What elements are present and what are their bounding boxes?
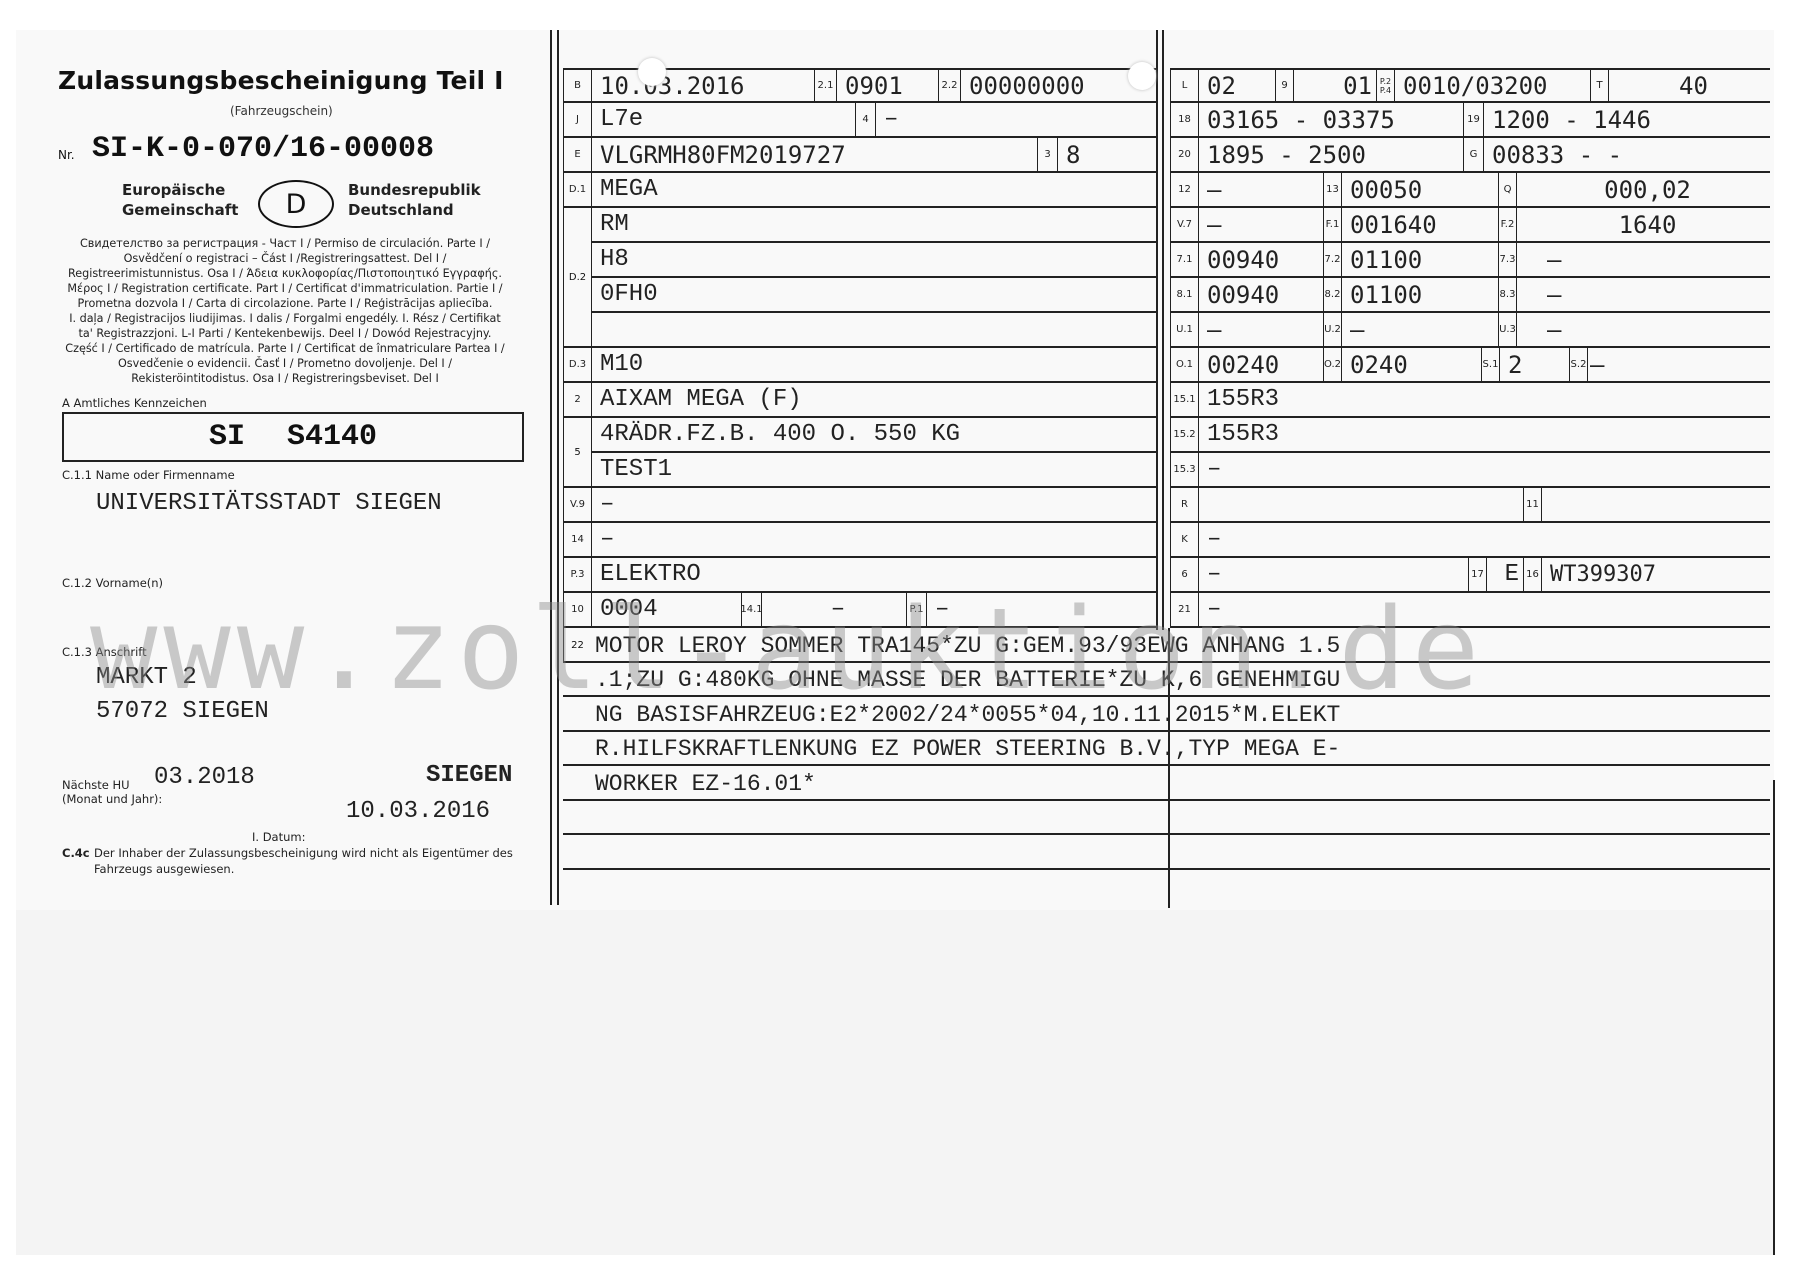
address-city: 57072 SIEGEN xyxy=(96,698,269,725)
field-code: 21 xyxy=(1170,593,1198,626)
remarks-line xyxy=(563,835,1770,870)
field-code: S.1 xyxy=(1481,348,1499,381)
document-title: Zulassungsbescheinigung Teil I xyxy=(58,66,504,95)
row-8: 8.1 00940 8.2 01100 8.3 – xyxy=(1170,278,1770,313)
field-code: D.3 xyxy=(563,348,591,381)
field-code: 14 xyxy=(563,523,591,556)
row-10: 10 0004 14.1 – P.1 – xyxy=(563,593,1158,628)
row-6: 6 – 17 E 16 WT399307 xyxy=(1170,558,1770,593)
ownership-note: Der Inhaber der Zulassungsbescheinigung … xyxy=(94,846,513,860)
address-label: C.1.3 Anschrift xyxy=(62,645,147,659)
row-18: 18 03165 - 03375 19 1200 - 1446 xyxy=(1170,103,1770,138)
version-extra xyxy=(591,313,1158,346)
divider-left-2 xyxy=(557,30,559,905)
plate-number: S4140 xyxy=(287,420,377,454)
holder-name-label: C.1.1 Name oder Firmenname xyxy=(62,468,235,482)
row-u: U.1 – U.2 – U.3 – xyxy=(1170,313,1770,348)
issue-place: SIEGEN xyxy=(426,762,512,789)
language-line: Свидетелство за регистрация - Част I / P… xyxy=(50,236,520,251)
field-code: P.3 xyxy=(563,558,591,591)
driven-axles: 01 xyxy=(1293,70,1376,101)
row-v9: V.9 – xyxy=(563,488,1158,523)
address-street: MARKT 2 xyxy=(96,664,197,691)
field-code: J xyxy=(563,103,591,136)
field-code: 22 xyxy=(563,628,591,663)
row-12: 12 – 13 00050 Q 000,02 xyxy=(1170,173,1770,208)
row-d2-4 xyxy=(591,313,1158,348)
noise-stationary: – xyxy=(1198,313,1323,346)
field-code: R xyxy=(1170,488,1198,521)
remarks-line: WORKER EZ-16.01* xyxy=(563,766,1770,801)
row-p3: P.3 ELEKTRO xyxy=(563,558,1158,593)
country-code: D xyxy=(286,189,307,220)
document-number: WT399307 xyxy=(1541,558,1770,591)
field-code: 10 xyxy=(563,593,591,626)
license-plate: SI S4140 xyxy=(64,420,522,454)
field-code: 15.2 xyxy=(1170,418,1198,451)
row-d2-3: 0FH0 xyxy=(591,278,1158,313)
divider-left xyxy=(550,30,552,905)
next-inspection-label: Nächste HU xyxy=(62,778,130,792)
c4c-code: C.4c xyxy=(62,846,90,860)
row-v7: V.7 – F.1 001640 F.2 1640 xyxy=(1170,208,1770,243)
other-notes: – xyxy=(1198,593,1770,626)
language-line: Registreerimistunnistus. Osa I / Άδεια κ… xyxy=(50,266,520,281)
field-code: 14.1 xyxy=(741,593,761,626)
field-code: S.2 xyxy=(1569,348,1587,381)
left-panel: Zulassungsbescheinigung Teil I (Fahrzeug… xyxy=(30,40,530,880)
field-code: U.3 xyxy=(1498,313,1516,346)
field-code: K xyxy=(1170,523,1198,556)
length: 03165 - 03375 xyxy=(1198,103,1463,136)
field-code: 13 xyxy=(1323,173,1341,206)
middle-table: B 10.03.2016 2.1 0901 2.2 00000000 J L7e… xyxy=(563,68,1158,628)
ownership-note-2: Fahrzeugs ausgewiesen. xyxy=(94,862,234,876)
row-d3: D.3 M10 xyxy=(563,348,1158,383)
document-subtitle: (Fahrzeugschein) xyxy=(230,104,333,118)
field-code: D.1 xyxy=(563,173,591,206)
row-d2-2: H8 xyxy=(591,243,1158,278)
page-right-border xyxy=(1773,780,1775,1255)
code-p4: P.4 xyxy=(1380,86,1391,95)
field-code: Q xyxy=(1498,173,1516,206)
manufacturer: AIXAM MEGA (F) xyxy=(591,383,1158,416)
permitted-axle-load-3: – xyxy=(1516,278,1770,311)
remarks-line: .1;ZU G:480KG OHNE MASSE DER BATTERIE*ZU… xyxy=(563,663,1770,698)
field-code: B xyxy=(563,70,591,101)
field-code-p2-p4: P.2P.4 xyxy=(1376,70,1394,101)
date-label: I. Datum: xyxy=(252,830,305,844)
language-line: Osvědčení o registraci – Část I /Registr… xyxy=(50,251,520,266)
type-approval-date: – xyxy=(1198,558,1468,591)
remarks-line: MOTOR LEROY SOMMER TRA145*ZU G:GEM.93/93… xyxy=(563,628,1770,663)
code-p2: P.2 xyxy=(1380,77,1391,86)
field-code: 8.2 xyxy=(1323,278,1341,311)
vehicle-class: L7e xyxy=(591,103,855,136)
row-d2-1: RM xyxy=(591,208,1158,243)
field-code: F.1 xyxy=(1323,208,1341,241)
variant: H8 xyxy=(591,243,1158,276)
field-code: 9 xyxy=(1275,70,1293,101)
language-line: Μέρος I / Registration certificate. Part… xyxy=(50,281,520,296)
field-code: 18 xyxy=(1170,103,1198,136)
row-l: L 02 9 01 P.2P.4 0010/03200 T 40 xyxy=(1170,68,1770,103)
row-r: R 11 xyxy=(1170,488,1770,523)
plate-label: A Amtliches Kennzeichen xyxy=(62,396,207,410)
language-line: Prometna dozvola I / Carta di circolazio… xyxy=(50,296,520,311)
first-registration-date: 10.03.2016 xyxy=(591,70,814,101)
type-approval-number: – xyxy=(1198,523,1770,556)
power-rpm: 0010/03200 xyxy=(1394,70,1590,101)
country-line-1: Bundesrepublik xyxy=(348,180,481,200)
field-code: 11 xyxy=(1523,488,1541,521)
vin-check-digit: 8 xyxy=(1057,138,1158,171)
row-15-3: 15.3 – xyxy=(1170,453,1770,488)
remarks-divider xyxy=(1168,628,1170,908)
field-code: O.2 xyxy=(1323,348,1341,381)
punch-hole xyxy=(638,58,666,86)
noise-driving: – xyxy=(1516,313,1770,346)
nr-label: Nr. xyxy=(58,148,75,162)
remarks-block: 22 MOTOR LEROY SOMMER TRA145*ZU G:GEM.93… xyxy=(563,628,1770,870)
empty-mass: 00833 - - xyxy=(1483,138,1770,171)
noise-rpm: – xyxy=(1341,313,1498,346)
row-5-2: TEST1 xyxy=(591,453,1158,488)
remarks-line: R.HILFSKRAFTLENKUNG EZ POWER STEERING B.… xyxy=(563,732,1770,767)
field-code: 2.1 xyxy=(814,70,836,101)
row-15-2: 15.2 155R3 xyxy=(1170,418,1770,453)
field-code: 12 xyxy=(1170,173,1198,206)
fuel-type: ELEKTRO xyxy=(591,558,1158,591)
eu-line-1: Europäische xyxy=(122,180,238,200)
row-e: E VLGRMH80FM2019727 3 8 xyxy=(563,138,1158,173)
axle-load-2: 01100 xyxy=(1341,243,1498,276)
field-code: 3 xyxy=(1037,138,1057,171)
axles: 02 xyxy=(1198,70,1275,101)
field-code: D.2 xyxy=(563,208,591,348)
seats: 2 xyxy=(1499,348,1569,381)
remarks-line xyxy=(563,801,1770,836)
standing-places: – xyxy=(1587,348,1770,381)
color-code xyxy=(1541,488,1770,521)
field-code: 4 xyxy=(855,103,875,136)
width: 1200 - 1446 xyxy=(1483,103,1770,136)
tire-axle-3: – xyxy=(1198,453,1770,486)
license-plate-box: SI S4140 xyxy=(62,412,524,462)
field-code: V.7 xyxy=(1170,208,1198,241)
field-code: 6 xyxy=(1170,558,1198,591)
field-code: P.1 xyxy=(906,593,926,626)
make: MEGA xyxy=(591,173,1158,206)
trailer-load-braked: 00240 xyxy=(1198,348,1323,381)
trailer-load-unbraked: 0240 xyxy=(1341,348,1481,381)
body-type: – xyxy=(875,103,1158,136)
next-inspection-label-2: (Monat und Jahr): xyxy=(62,792,162,806)
permitted-axle-load-2: 01100 xyxy=(1341,278,1498,311)
row-20: 20 1895 - 2500 G 00833 - - xyxy=(1170,138,1770,173)
vin: VLGRMH80FM2019727 xyxy=(591,138,1037,171)
operating-permit-marker: E xyxy=(1486,558,1523,591)
manufacturer-key: 0901 xyxy=(836,70,938,101)
field-code: L xyxy=(1170,70,1198,101)
max-speed: 40 xyxy=(1608,70,1770,101)
field-code: 7.3 xyxy=(1498,243,1516,276)
field-code: O.1 xyxy=(1170,348,1198,381)
vehicle-description-2: TEST1 xyxy=(591,453,1158,486)
vehicle-description: 4RÄDR.FZ.B. 400 O. 550 KG xyxy=(591,418,1158,451)
punch-hole xyxy=(1128,62,1156,90)
row-5-1: 4RÄDR.FZ.B. 400 O. 550 KG xyxy=(591,418,1158,453)
field-code: 5 xyxy=(563,418,591,488)
field-code: 7.2 xyxy=(1323,243,1341,276)
country-label: Bundesrepublik Deutschland xyxy=(348,180,481,220)
row-21: 21 – xyxy=(1170,593,1770,628)
next-inspection-date: 03.2018 xyxy=(154,764,255,791)
emission-regulation: – xyxy=(591,523,1158,556)
country-code-oval: D xyxy=(258,180,334,228)
row-15-1: 15.1 155R3 xyxy=(1170,383,1770,418)
field-code: V.9 xyxy=(563,488,591,521)
field-code: G xyxy=(1463,138,1483,171)
max-technical-mass: 001640 xyxy=(1341,208,1498,241)
displacement: – xyxy=(926,593,1158,626)
language-line: Część I / Certificado de matrícula. Part… xyxy=(50,341,520,356)
row-14: 14 – xyxy=(563,523,1158,558)
field-code: 2 xyxy=(563,383,591,416)
co2: – xyxy=(1198,208,1323,241)
field-code: 8.3 xyxy=(1498,278,1516,311)
first-name-label: C.1.2 Vorname(n) xyxy=(62,576,163,590)
field-code: 2.2 xyxy=(938,70,960,101)
language-line: Rekisteröintitodistus. Osa I / Registrer… xyxy=(50,371,520,386)
field-code: 17 xyxy=(1468,558,1486,591)
trade-name: M10 xyxy=(591,348,1158,381)
field-code: U.2 xyxy=(1323,313,1341,346)
row-j: J L7e 4 – xyxy=(563,103,1158,138)
field-code: 7.1 xyxy=(1170,243,1198,276)
row-d1: D.1 MEGA xyxy=(563,173,1158,208)
country-line-2: Deutschland xyxy=(348,200,481,220)
type: RM xyxy=(591,208,1158,241)
emission-regulation-extra: – xyxy=(761,593,906,626)
tank-volume: – xyxy=(1198,173,1323,206)
row-k: K – xyxy=(1170,523,1770,558)
field-code: E xyxy=(563,138,591,171)
field-code: 19 xyxy=(1463,103,1483,136)
support-load: 00050 xyxy=(1341,173,1498,206)
right-table: L 02 9 01 P.2P.4 0010/03200 T 40 18 0316… xyxy=(1170,68,1770,628)
field-code: F.2 xyxy=(1498,208,1516,241)
holder-name: UNIVERSITÄTSSTADT SIEGEN xyxy=(96,490,442,517)
divider-middle-2 xyxy=(1162,30,1164,630)
row-o: O.1 00240 O.2 0240 S.1 2 S.2 – xyxy=(1170,348,1770,383)
eu-line-2: Gemeinschaft xyxy=(122,200,238,220)
issue-date: 10.03.2016 xyxy=(346,798,490,825)
field-code: 15.3 xyxy=(1170,453,1198,486)
tire-axle-1: 155R3 xyxy=(1198,383,1770,416)
language-line: ta' Registrazzjoni. L-I Parti / Kenteken… xyxy=(50,326,520,341)
axle-load-3: – xyxy=(1516,243,1770,276)
field-code: 16 xyxy=(1523,558,1541,591)
certificate-number: SI-K-0-070/16-00008 xyxy=(92,132,434,166)
color xyxy=(1198,488,1523,521)
power-weight-ratio: 000,02 xyxy=(1516,173,1770,206)
max-permitted-mass: 1640 xyxy=(1516,208,1770,241)
language-line: Osvedčenie o evidencii. Časť I / Prometn… xyxy=(50,356,520,371)
tire-axle-2: 155R3 xyxy=(1198,418,1770,451)
emission-code: 0004 xyxy=(591,593,741,626)
row-2: 2 AIXAM MEGA (F) xyxy=(563,383,1158,418)
field-code: 15.1 xyxy=(1170,383,1198,416)
field-code: 20 xyxy=(1170,138,1198,171)
language-line: I. daļa / Registracijos liudijimas. I da… xyxy=(50,311,520,326)
plate-prefix: SI xyxy=(209,420,245,454)
emission-class: – xyxy=(591,488,1158,521)
field-code: T xyxy=(1590,70,1608,101)
field-code: 8.1 xyxy=(1170,278,1198,311)
multilingual-titles: Свидетелство за регистрация - Част I / P… xyxy=(50,236,520,386)
field-code: U.1 xyxy=(1170,313,1198,346)
version: 0FH0 xyxy=(591,278,1158,311)
height: 1895 - 2500 xyxy=(1198,138,1463,171)
permitted-axle-load-1: 00940 xyxy=(1198,278,1323,311)
axle-load-1: 00940 xyxy=(1198,243,1323,276)
row-7: 7.1 00940 7.2 01100 7.3 – xyxy=(1170,243,1770,278)
eu-label: Europäische Gemeinschaft xyxy=(122,180,238,220)
remarks-line: NG BASISFAHRZEUG:E2*2002/24*0055*04,10.1… xyxy=(563,697,1770,732)
